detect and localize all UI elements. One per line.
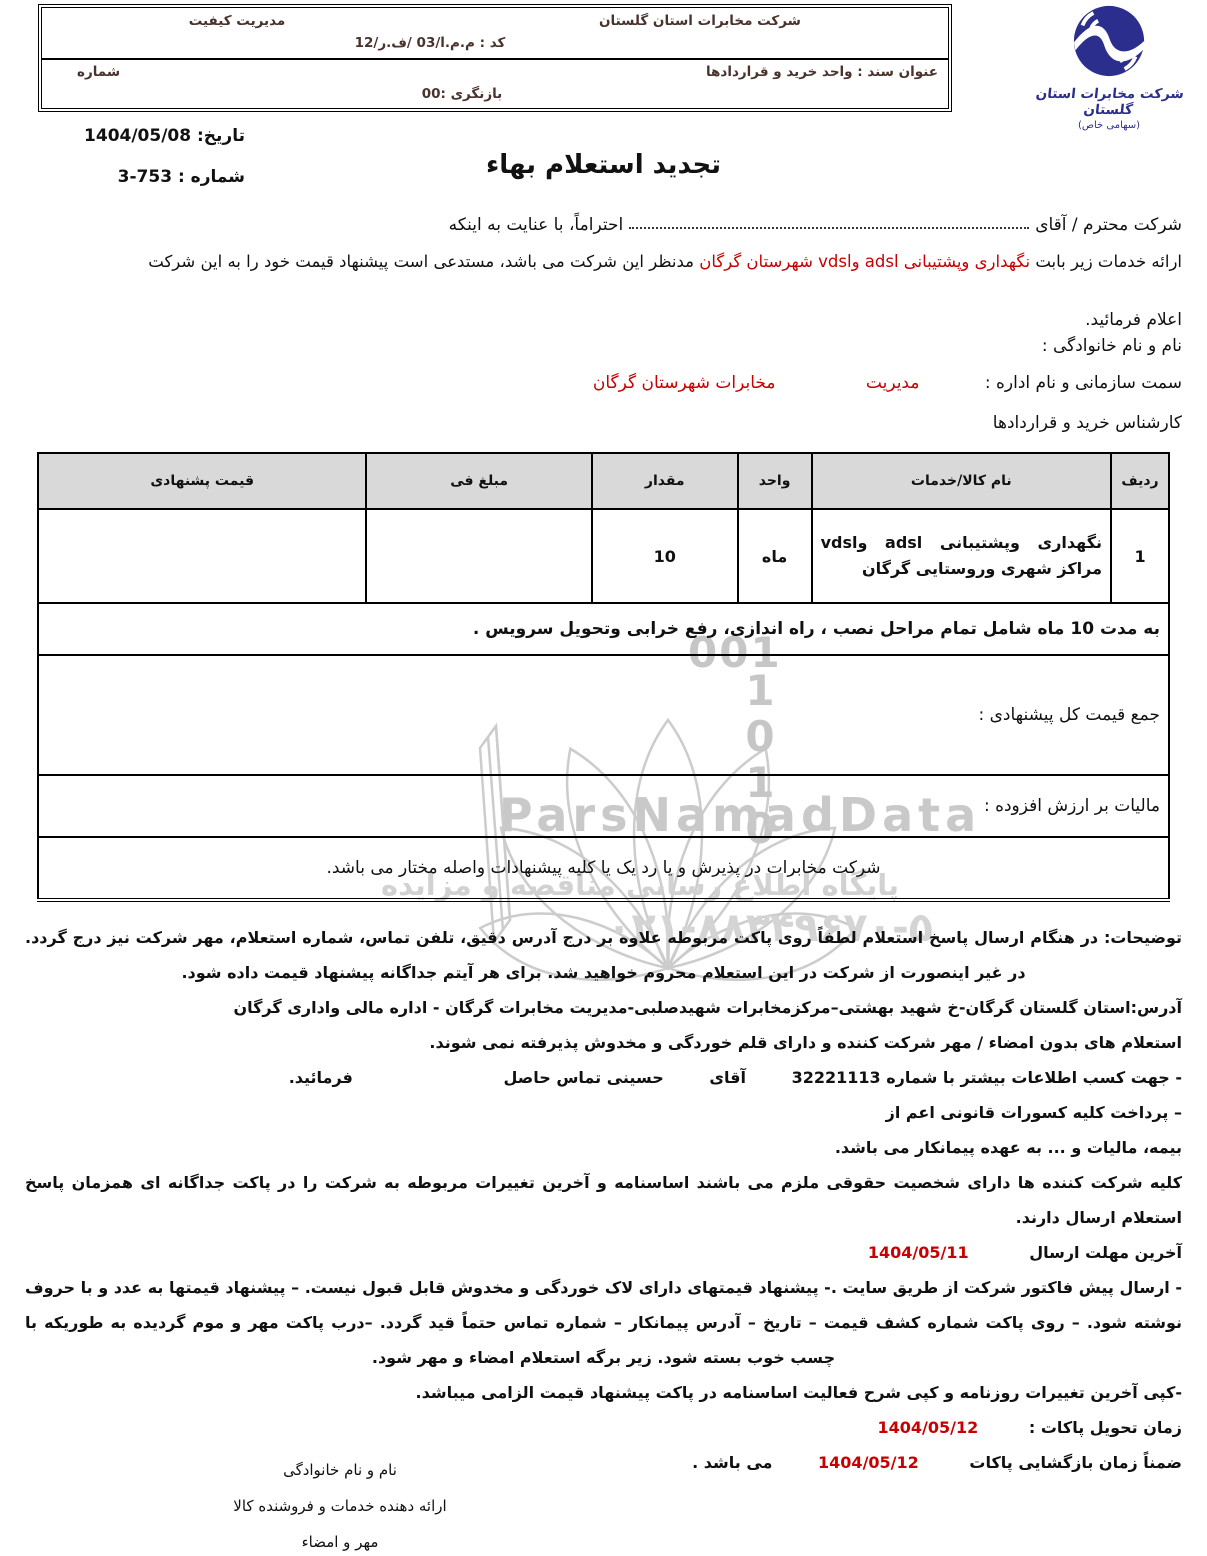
col-row-number: ردیف [1111, 453, 1169, 509]
table-row: 1 نگهداری وپشتیبانی adsl وvdsl مراکز شهر… [38, 509, 1169, 603]
unit-price-cell [366, 509, 592, 603]
col-quantity: مقدار [592, 453, 738, 509]
company-rights-row: شرکت مخابرات در پذیرش و یا رد یک یا کلیه… [38, 837, 1169, 900]
note-address: آدرس:استان گلستان گرگان-خ شهید بهشتی–مرک… [25, 990, 1182, 1025]
request-text-2: مدنظر این شرکت می باشد، مستدعی است پیشنه… [148, 252, 694, 271]
opening-date: 1404/05/12 [818, 1453, 919, 1472]
org-management: مدیریت [866, 373, 920, 393]
number-value: 3-753 [118, 167, 172, 187]
contact-end: فرمائید. [289, 1060, 353, 1095]
fullname-label: نام و نام خانوادگی : [25, 336, 1182, 356]
header-doc-code: کد : م.م.ا/03 /ف.ر/12 [230, 35, 630, 51]
note-instructions: توضیحات: در هنگام ارسال پاسخ استعلام لطف… [25, 920, 1182, 990]
col-proposed-price: قیمت پشنهادی [38, 453, 366, 509]
note-newspaper-copy: -کپی آخرین تغییرات روزنامه و کپی شرح فعا… [25, 1375, 1182, 1410]
salutation-label: شرکت محترم / آقای [1035, 215, 1182, 235]
company-rights-note: شرکت مخابرات در پذیرش و یا رد یک یا کلیه… [38, 837, 1169, 900]
contact-phone-number: 32221113 [792, 1060, 881, 1095]
logo-subcaption: (سهامی خاص) [1018, 120, 1200, 131]
deductions-part2: بیمه، مالیات و ... به عهده پیمانکار می ب… [25, 1130, 1182, 1165]
expert-label: کارشناس خرید و قراردادها [25, 413, 1182, 433]
header-quality-management: مدیریت کیفیت [62, 13, 412, 29]
deductions-part1: – پرداخت کلیه کسورات قانونی اعم از [886, 1095, 1182, 1130]
col-item-name: نام کالا/خدمات [812, 453, 1111, 509]
org-line: سمت سازمانی و نام اداره : مدیریت مخابرات… [25, 373, 1182, 393]
note-envelope-rules: - ارسال پیش فاکتور شرکت از طریق سایت .- … [25, 1270, 1182, 1375]
signature-block: نام و نام خانوادگی ارائه دهنده خدمات و ف… [172, 1452, 508, 1556]
date-line: تاریخ: 1404/05/08 [55, 126, 245, 146]
col-unit: واحد [738, 453, 812, 509]
company-logo: شرکت مخابرات استان گلستان (سهامی خاص) [1018, 2, 1200, 131]
unit-cell: ماه [738, 509, 812, 603]
row-number-cell: 1 [1111, 509, 1169, 603]
header-number-label: شماره [77, 64, 120, 80]
deadline-label: آخرین مهلت ارسال [1029, 1243, 1182, 1262]
vat-label: مالیات بر ارزش افزوده : [38, 775, 1169, 837]
opening-pre: ضمناً زمان بازگشایی پاکات [969, 1453, 1182, 1472]
number-label: شماره : [178, 167, 245, 187]
request-text-1: ارائه خدمات زیر بابت [1035, 252, 1182, 271]
proposed-price-cell [38, 509, 366, 603]
signature-name-label: نام و نام خانوادگی [172, 1452, 508, 1488]
total-price-label: جمع قیمت کل پیشنهادی : [38, 655, 1169, 775]
tci-globe-icon [1070, 2, 1148, 80]
delivery-date: 1404/05/12 [878, 1418, 979, 1437]
header-doc-title: عنوان سند : واحد خرید و قراردادها [706, 64, 938, 80]
delivery-label: زمان تحویل پاکات : [1029, 1418, 1182, 1437]
deadline-line: آخرین مهلت ارسال 1404/05/11 [25, 1235, 1182, 1270]
duration-note-row: به مدت 10 ماه شامل تمام مراحل نصب ، راه … [38, 603, 1169, 655]
vat-row: مالیات بر ارزش افزوده : [38, 775, 1169, 837]
opening-post: می باشد . [692, 1453, 772, 1472]
header-divider [42, 58, 948, 60]
contact-person: حسینی تماس حاصل [503, 1060, 663, 1095]
org-department: مخابرات شهرستان گرگان [593, 373, 776, 393]
deadline-date: 1404/05/11 [868, 1243, 969, 1262]
delivery-line: زمان تحویل پاکات : 1404/05/12 [25, 1410, 1182, 1445]
notes-section: توضیحات: در هنگام ارسال پاسخ استعلام لطف… [25, 920, 1182, 1480]
duration-note: به مدت 10 ماه شامل تمام مراحل نصب ، راه … [38, 603, 1169, 655]
quantity-cell: 10 [592, 509, 738, 603]
greeting-text: احتراماً، با عنایت به اینکه [449, 215, 624, 235]
col-unit-price: مبلغ فی [366, 453, 592, 509]
signature-stamp-label: مهر و امضاء [172, 1524, 508, 1556]
request-line: ارائه خدمات زیر بابت نگهداری وپشتیبانی a… [25, 252, 1182, 271]
date-label: تاریخ: [197, 126, 245, 146]
contact-pre: - جهت کسب اطلاعات بیشتر با شماره [886, 1060, 1182, 1095]
number-line: شماره : 3-753 [115, 167, 245, 187]
header-box: شرکت مخابرات استان گلستان مدیریت کیفیت ک… [38, 4, 952, 112]
salutation-line: شرکت محترم / آقای احتراماً، با عنایت به … [25, 215, 1182, 235]
header-revision: بازنگری :00 [262, 86, 662, 102]
dotted-fill-line [629, 227, 1029, 229]
org-label: سمت سازمانی و نام اداره : [985, 373, 1182, 393]
note-contact-line: - جهت کسب اطلاعات بیشتر با شماره 3222111… [25, 1060, 1182, 1130]
total-price-row: جمع قیمت کل پیشنهادی : [38, 655, 1169, 775]
header-company: شرکت مخابرات استان گلستان [490, 13, 910, 29]
table-header-row: ردیف نام کالا/خدمات واحد مقدار مبلغ فی ق… [38, 453, 1169, 509]
date-value: 1404/05/08 [84, 126, 191, 146]
item-name-cell: نگهداری وپشتیبانی adsl وvdsl مراکز شهری … [812, 509, 1111, 603]
note-legal-entities: کلیه شرکت کننده ها دارای شخصیت حقوقی ملز… [25, 1165, 1182, 1235]
signature-provider-label: ارائه دهنده خدمات و فروشنده کالا [172, 1488, 508, 1524]
document-page: شرکت مخابرات استان گلستان مدیریت کیفیت ک… [0, 0, 1207, 1556]
logo-caption: شرکت مخابرات استان گلستان [1016, 86, 1201, 118]
note-no-signature: استعلام های بدون امضاء / مهر شرکت کننده … [25, 1025, 1182, 1060]
contact-mr: آقای [709, 1060, 746, 1095]
request-service-highlight: نگهداری وپشتیبانی adsl وvdsl شهرستان گرگ… [699, 252, 1030, 271]
announce-line: اعلام فرمائید. [25, 310, 1182, 330]
items-table: ردیف نام کالا/خدمات واحد مقدار مبلغ فی ق… [37, 452, 1170, 902]
